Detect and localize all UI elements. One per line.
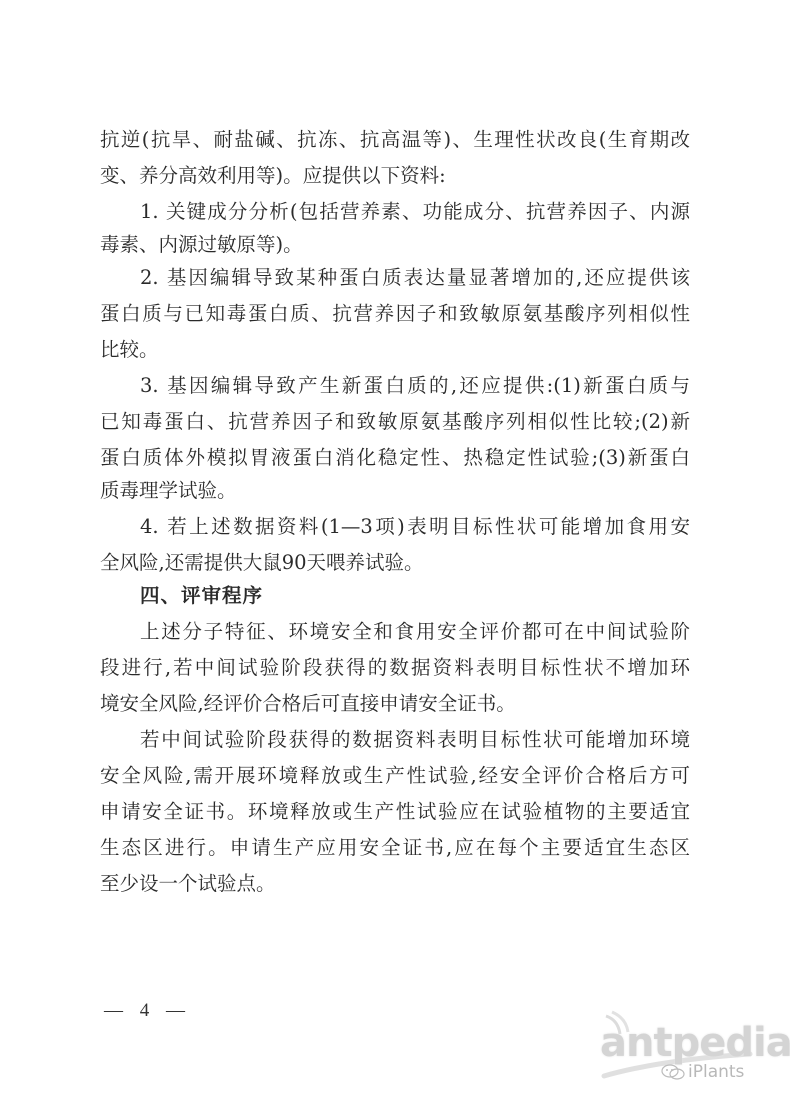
- text-line: 生态区进行。申请生产应用安全证书,应在每个主要适宜生态区: [100, 833, 690, 863]
- paragraph-line: 若中间试验阶段获得的数据资料表明目标性状可能增加环境: [140, 725, 690, 755]
- text-line: 申请安全证书。环境释放或生产性试验应在试验植物的主要适宜: [100, 797, 690, 827]
- list-item-1: 1. 关键成分分析(包括营养素、功能成分、抗营养因子、内源: [140, 197, 690, 227]
- section-heading: 四、评审程序: [140, 581, 440, 611]
- text-line: 蛋白质与已知毒蛋白质、抗营养因子和致敏原氨基酸序列相似性: [100, 299, 690, 329]
- paragraph-line: 上述分子特征、环境安全和食用安全评价都可在中间试验阶: [140, 617, 690, 647]
- list-item-3: 3. 基因编辑导致产生新蛋白质的,还应提供:(1)新蛋白质与: [140, 371, 690, 401]
- text-line: 抗逆(抗旱、耐盐碱、抗冻、抗高温等)、生理性状改良(生育期改: [100, 125, 690, 155]
- wechat-icon: [660, 1062, 686, 1082]
- watermark: antpedia iPlants: [600, 1010, 780, 1090]
- text-line: 比较。: [100, 335, 690, 365]
- text-line: 毒素、内源过敏原等)。: [100, 230, 690, 260]
- text-line: 至少设一个试验点。: [100, 869, 690, 899]
- page-number: — 4 —: [104, 1000, 191, 1022]
- watermark-brand: antpedia: [600, 1020, 790, 1066]
- list-item-2: 2. 基因编辑导致某种蛋白质表达量显著增加的,还应提供该: [140, 263, 690, 293]
- swoosh-icon: [600, 1010, 780, 1090]
- text-line: 变、养分高效利用等)。应提供以下资料:: [100, 161, 690, 191]
- document-page: 抗逆(抗旱、耐盐碱、抗冻、抗高温等)、生理性状改良(生育期改 变、养分高效利用等…: [0, 0, 790, 1098]
- text-line: 蛋白质体外模拟胃液蛋白消化稳定性、热稳定性试验;(3)新蛋白: [100, 443, 690, 473]
- text-line: 境安全风险,经评价合格后可直接申请安全证书。: [100, 689, 690, 719]
- watermark-sub-label: iPlants: [688, 1062, 744, 1082]
- text-line: 已知毒蛋白、抗营养因子和致敏原氨基酸序列相似性比较;(2)新: [100, 407, 690, 437]
- text-line: 安全风险,需开展环境释放或生产性试验,经安全评价合格后方可: [100, 761, 690, 791]
- text-line: 全风险,还需提供大鼠90天喂养试验。: [100, 548, 690, 578]
- text-line: 段进行,若中间试验阶段获得的数据资料表明目标性状不增加环: [100, 653, 690, 683]
- text-line: 质毒理学试验。: [100, 476, 690, 506]
- list-item-4: 4. 若上述数据资料(1—3项)表明目标性状可能增加食用安: [140, 512, 690, 542]
